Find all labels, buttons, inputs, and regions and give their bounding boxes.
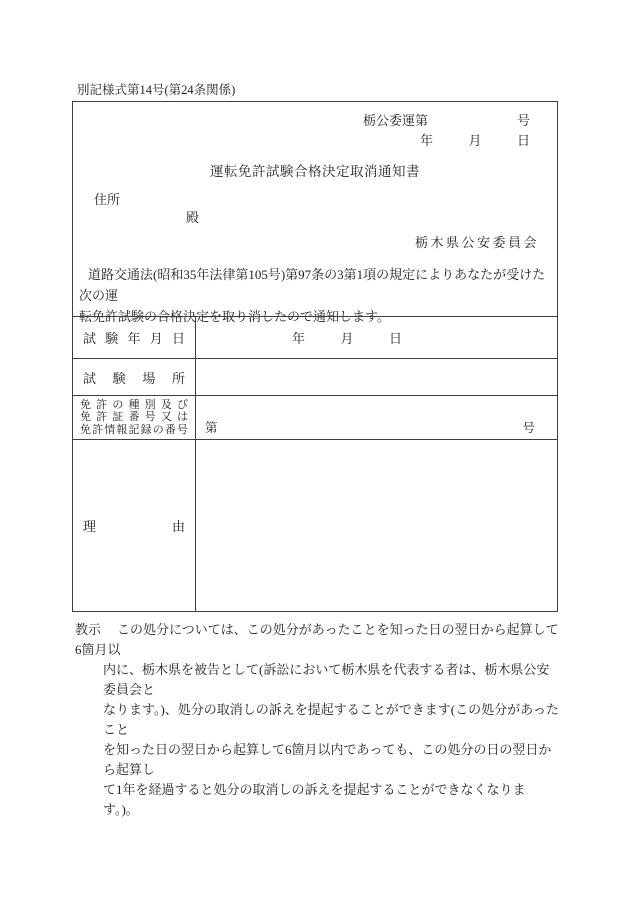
recipient-honorific: 殿 — [186, 207, 199, 226]
issue-date-month-label: 月 — [468, 130, 481, 149]
license-type-label-cell: 免許の種別及び 免許証番号又は 免許情報記録の番号 — [73, 395, 196, 439]
notification-document-box: 栃公委運第 号 年 月 日 運転免許試験合格決定取消通知書 住所 殿 栃木県公安… — [72, 101, 558, 612]
license-number-line: 第 号 — [205, 418, 535, 436]
notice-heading: 教示 — [75, 622, 101, 637]
exam-date-value: 年 月 日 — [292, 328, 402, 347]
exam-date-month-label: 月 — [340, 328, 353, 347]
license-number-suffix: 号 — [522, 418, 535, 436]
exam-date-label-cell: 試験年月日 — [73, 317, 196, 358]
license-number-prefix: 第 — [205, 418, 218, 436]
notice-line: を知った日の翌日から起算して6箇月以内であっても、この処分の日の翌日から起算し — [75, 740, 561, 780]
body-line: 道路交通法(昭和35年法律第105号)第97条の3第1項の規定によりあなたが受け… — [79, 264, 555, 306]
address-label: 住所 — [94, 189, 120, 208]
exam-date-year-label: 年 — [292, 328, 305, 347]
issue-date-line: 年 月 日 — [420, 130, 530, 149]
form-style-label: 別記様式第14号(第24条関係) — [77, 80, 235, 98]
exam-date-value-cell: 年 月 日 — [196, 317, 557, 358]
exam-place-value-cell — [196, 358, 557, 395]
license-number-value-cell: 第 号 — [196, 395, 557, 439]
document-title: 運転免許試験合格決定取消通知書 — [73, 160, 557, 180]
notice-line: なります。)、処分の取消しの訴えを提起することができます(この処分があったこと — [75, 700, 561, 740]
notice-line: この処分については、この処分があったことを知った日の翌日から起算して6箇月以 — [75, 622, 559, 657]
license-label-line: 免許情報記録の番号 — [80, 424, 188, 437]
exam-place-label: 試験場所 — [83, 368, 185, 387]
reference-number-line: 栃公委運第 号 — [363, 110, 530, 129]
reason-value-cell — [196, 439, 557, 611]
exam-date-label: 試験年月日 — [83, 328, 185, 347]
issue-date-year-label: 年 — [420, 130, 433, 149]
license-label-line: 免許の種別及び — [80, 399, 188, 412]
notice-line-first: 教示この処分については、この処分があったことを知った日の翌日から起算して6箇月以 — [75, 620, 561, 660]
detail-table: 試験年月日 年 月 日 試験場所 免許の種別及び 免許証番号又は 免許情報記録の… — [73, 316, 557, 611]
issuer-name: 栃木県公安委員会 — [415, 232, 539, 251]
reference-number-prefix: 栃公委運第 — [363, 110, 428, 129]
notice-line: 内に、栃木県を被告として(訴訟において栃木県を代表する者は、栃木県公安委員会と — [75, 660, 561, 700]
reference-number-suffix: 号 — [517, 110, 530, 129]
document-page: 別記様式第14号(第24条関係) 栃公委運第 号 年 月 日 運転免許試験合格決… — [0, 0, 630, 903]
exam-date-day-label: 日 — [389, 328, 402, 347]
exam-place-label-cell: 試験場所 — [73, 358, 196, 395]
notice-line: て1年を経過すると処分の取消しの訴えを提起することができなくなります。)。 — [75, 780, 561, 820]
reason-label: 理由 — [83, 516, 185, 535]
issue-date-day-label: 日 — [517, 130, 530, 149]
reason-label-cell: 理由 — [73, 439, 196, 611]
license-label-line: 免許証番号又は — [80, 411, 188, 424]
legal-notice-paragraph: 教示この処分については、この処分があったことを知った日の翌日から起算して6箇月以… — [75, 620, 561, 820]
